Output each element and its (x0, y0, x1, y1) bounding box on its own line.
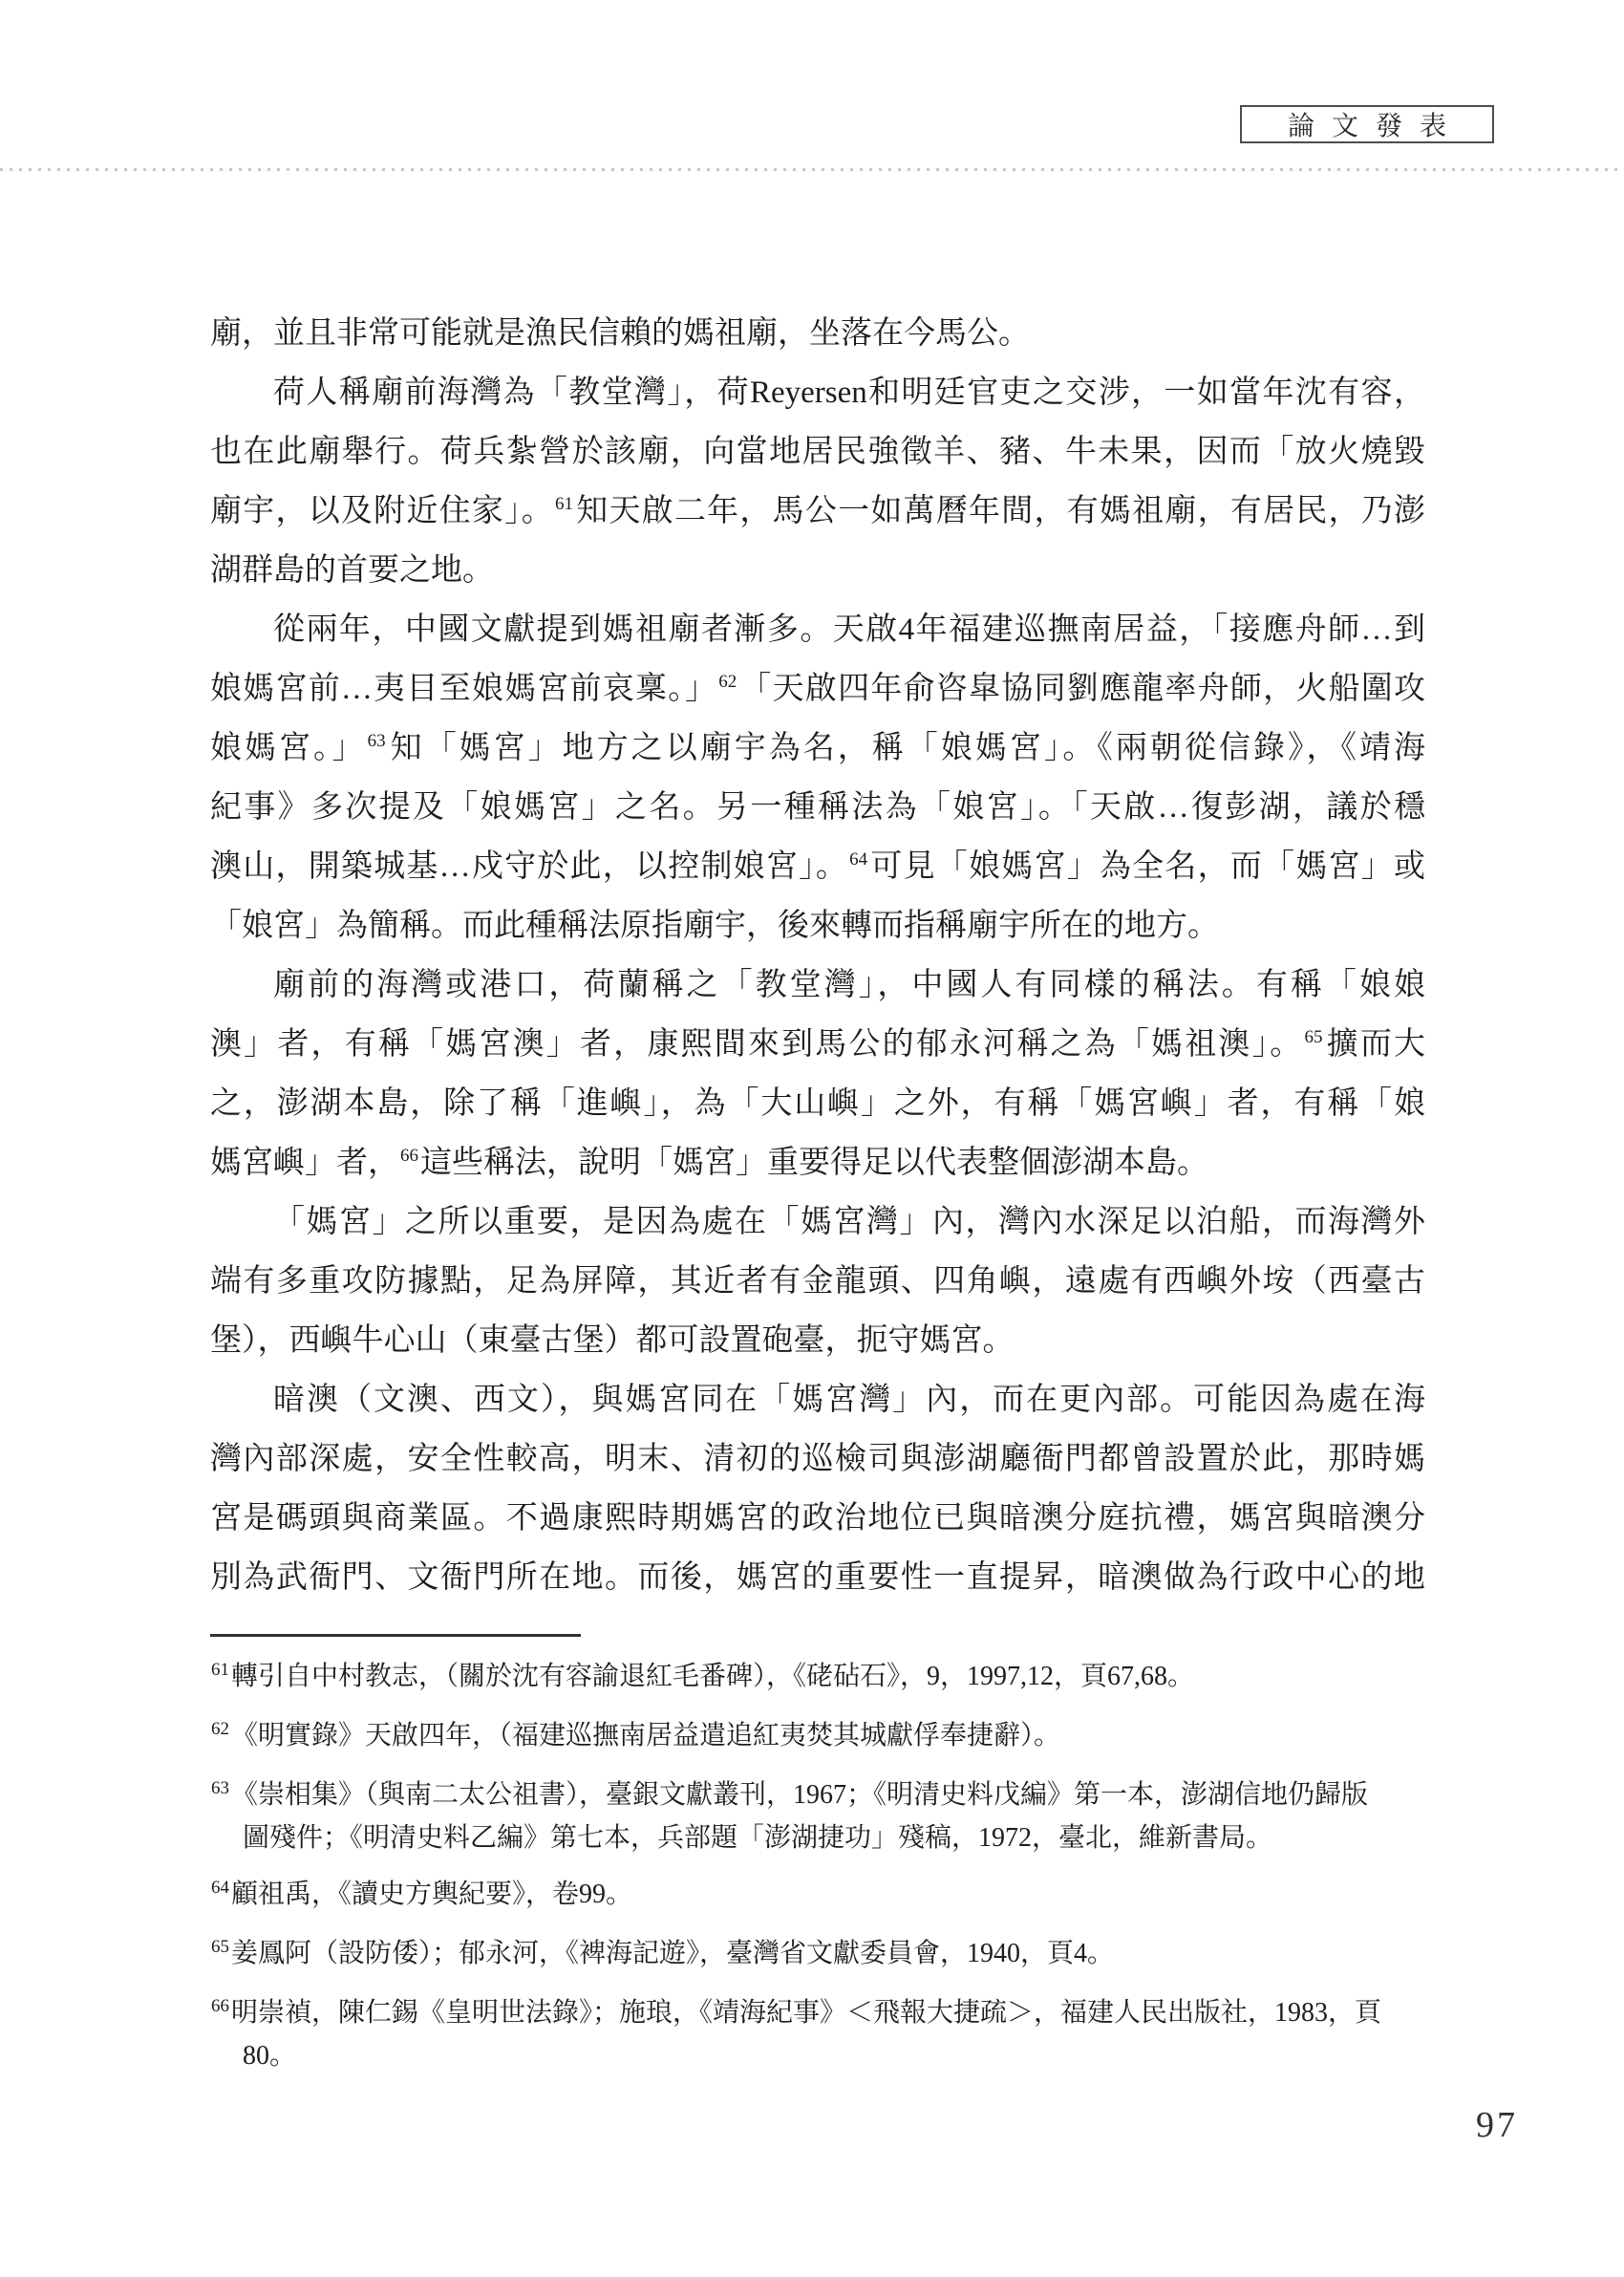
footnote: 64顧祖禹，《讀史方輿紀要》，卷99。 (210, 1875, 1425, 1918)
body-line-text: 之，澎湖本島，除了稱「進嶼」，為「大山嶼」之外，有稱「媽宮嶼」者，有稱「娘 (210, 1086, 1425, 1121)
body-line-text: 宮是碼頭與商業區。不過康熙時期媽宮的政治地位已與暗澳分庭抗禮，媽宮與暗澳分 (210, 1501, 1425, 1536)
footnote-number: 62 (211, 1719, 229, 1739)
body-line-text: 廟前的海灣或港口，荷蘭稱之「教堂灣」，中國人有同樣的稱法。有稱「娘娘 (273, 968, 1425, 1002)
body-line: 別為武衙門、文衙門所在地。而後，媽宮的重要性一直提昇，暗澳做為行政中心的地 (210, 1548, 1425, 1607)
body-line: 澳山，開築城基…戍守於此，以控制娘宮」。64可見「娘媽宮」為全名，而「媽宮」或 (210, 837, 1425, 896)
body-line: 堡），西嶼牛心山（東臺古堡）都可設置砲臺，扼守媽宮。 (210, 1311, 1425, 1370)
body-line-text: 娘媽宮。」 (210, 731, 367, 765)
body-line: 廟，並且非常可能就是漁民信賴的媽祖廟，坐落在今馬公。 (210, 304, 1425, 363)
body-line-text: 「媽宮」之所以重要，是因為處在「媽宮灣」內，灣內水深足以泊船，而海灣外 (273, 1205, 1425, 1239)
body-text: 廟，並且非常可能就是漁民信賴的媽祖廟，坐落在今馬公。荷人稱廟前海灣為「教堂灣」，… (210, 304, 1425, 1607)
page-number: 97 (1476, 2104, 1518, 2146)
body-line-text: 紀事》多次提及「娘媽宮」之名。另一種稱法為「娘宮」。「天啟…復彭湖，議於穩 (210, 790, 1425, 825)
body-line: 從兩年，中國文獻提到媽祖廟者漸多。天啟4年福建巡撫南居益，「接應舟師…到 (210, 600, 1425, 659)
body-line-text: 澳山，開築城基…戍守於此，以控制娘宮」。 (210, 849, 848, 884)
footnote-text: 明崇禎，陳仁錫《皇明世法錄》；施琅，《靖海紀事》＜飛報大捷疏＞，福建人民出版社，… (231, 1998, 1381, 2028)
footnote-number: 65 (211, 1937, 229, 1957)
footnotes: 61轉引自中村教志，（關於沈有容諭退紅毛番碑），《硓砧石》，9，1997,12，… (210, 1657, 1425, 2093)
body-line-text: 從兩年，中國文獻提到媽祖廟者漸多。天啟4年福建巡撫南居益，「接應舟師…到 (273, 612, 1425, 647)
body-line: 廟宇，以及附近住家」。61知天啟二年，馬公一如萬曆年間，有媽祖廟，有居民，乃澎 (210, 482, 1425, 541)
footnote-ref: 64 (849, 849, 867, 870)
body-line-text: 知「媽宮」地方之以廟宇為名，稱「娘媽宮」。《兩朝從信錄》，《靖海 (388, 731, 1425, 765)
body-line: 也在此廟舉行。荷兵紮營於該廟，向當地居民強徵羊、豬、牛未果，因而「放火燒毀 (210, 422, 1425, 482)
footnote-number: 64 (211, 1878, 229, 1898)
body-line-text: 灣內部深處，安全性較高，明末、清初的巡檢司與澎湖廳衙門都曾設置於此，那時媽 (210, 1442, 1425, 1476)
footnote-text: 姜鳳阿（設防倭）；郁永河，《裨海記遊》，臺灣省文獻委員會，1940，頁4。 (231, 1939, 1114, 1968)
footnote-ref: 61 (555, 494, 573, 514)
footnote-ref: 65 (1304, 1027, 1322, 1047)
header-section-label: 論文發表 (1271, 105, 1464, 143)
dotted-divider (0, 168, 1624, 171)
body-line: 荷人稱廟前海灣為「教堂灣」，荷Reyersen和明廷官吏之交涉，一如當年沈有容， (210, 363, 1425, 422)
body-line: 澳」者，有稱「媽宮澳」者，康熙間來到馬公的郁永河稱之為「媽祖澳」。65擴而大 (210, 1015, 1425, 1074)
footnote-text: 80。 (243, 2041, 296, 2071)
body-line-text: 這些稱法，說明「媽宮」重要得足以代表整個澎湖本島。 (420, 1146, 1208, 1180)
body-line: 湖群島的首要之地。 (210, 541, 1425, 600)
body-line-text: 知天啟二年，馬公一如萬曆年間，有媽祖廟，有居民，乃澎 (575, 494, 1425, 528)
footnote-text: 轉引自中村教志，（關於沈有容諭退紅毛番碑），《硓砧石》，9，1997,12，頁6… (231, 1662, 1194, 1691)
footnote-text: 《崇相集》（與南二太公祖書），臺銀文獻叢刊，1967；《明清史料戊編》第一本，澎… (231, 1780, 1368, 1810)
document-page: 論文發表 廟，並且非常可能就是漁民信賴的媽祖廟，坐落在今馬公。荷人稱廟前海灣為「… (0, 0, 1624, 2277)
body-line: 之，澎湖本島，除了稱「進嶼」，為「大山嶼」之外，有稱「媽宮嶼」者，有稱「娘 (210, 1074, 1425, 1133)
body-line: 宮是碼頭與商業區。不過康熙時期媽宮的政治地位已與暗澳分庭抗禮，媽宮與暗澳分 (210, 1489, 1425, 1548)
body-line-text: 「娘宮」為簡稱。而此種稱法原指廟宇，後來轉而指稱廟宇所在的地方。 (210, 909, 1219, 943)
body-line-text: 可見「娘媽宮」為全名，而「媽宮」或 (869, 849, 1425, 884)
footnote: 61轉引自中村教志，（關於沈有容諭退紅毛番碑），《硓砧石》，9，1997,12，… (210, 1657, 1425, 1700)
footnote: 63《崇相集》（與南二太公祖書），臺銀文獻叢刊，1967；《明清史料戊編》第一本… (210, 1775, 1425, 1858)
body-line-text: 也在此廟舉行。荷兵紮營於該廟，向當地居民強徵羊、豬、牛未果，因而「放火燒毀 (210, 435, 1425, 469)
footnote-number: 66 (211, 1996, 229, 2016)
footnote-ref: 63 (368, 731, 386, 751)
footnote: 65姜鳳阿（設防倭）；郁永河，《裨海記遊》，臺灣省文獻委員會，1940，頁4。 (210, 1934, 1425, 1977)
body-line-text: 廟宇，以及附近住家」。 (210, 494, 554, 528)
footnote-number: 61 (211, 1660, 229, 1680)
footnote-number: 63 (211, 1778, 229, 1798)
body-line-text: 娘媽宮前…夷目至娘媽宮前哀稟。」 (210, 672, 717, 706)
body-line: 「媽宮」之所以重要，是因為處在「媽宮灣」內，灣內水深足以泊船，而海灣外 (210, 1192, 1425, 1252)
body-line-text: 端有多重攻防據點，足為屏障，其近者有金龍頭、四角嶼，遠處有西嶼外垵（西臺古 (210, 1264, 1425, 1299)
footnote-text: 顧祖禹，《讀史方輿紀要》，卷99。 (231, 1880, 632, 1909)
footnote-separator (210, 1634, 581, 1637)
footnote-text: 圖殘件；《明清史料乙編》第七本，兵部題「澎湖捷功」殘稿，1972，臺北，維新書局… (243, 1823, 1272, 1853)
body-line: 灣內部深處，安全性較高，明末、清初的巡檢司與澎湖廳衙門都曾設置於此，那時媽 (210, 1429, 1425, 1489)
body-line: 媽宮嶼」者，66這些稱法，說明「媽宮」重要得足以代表整個澎湖本島。 (210, 1133, 1425, 1192)
footnote-ref: 66 (400, 1146, 418, 1166)
body-line: 「娘宮」為簡稱。而此種稱法原指廟宇，後來轉而指稱廟宇所在的地方。 (210, 896, 1425, 956)
body-line-text: 擴而大 (1324, 1027, 1425, 1062)
body-line-text: 別為武衙門、文衙門所在地。而後，媽宮的重要性一直提昇，暗澳做為行政中心的地 (210, 1560, 1425, 1595)
body-line-text: 「天啟四年俞咨皐協同劉應龍率舟師，火船圍攻 (738, 672, 1425, 706)
header-section-box: 論文發表 (1240, 105, 1494, 143)
body-line-text: 澳」者，有稱「媽宮澳」者，康熙間來到馬公的郁永河稱之為「媽祖澳」。 (210, 1027, 1303, 1062)
footnote: 66明崇禎，陳仁錫《皇明世法錄》；施琅，《靖海紀事》＜飛報大捷疏＞，福建人民出版… (210, 1993, 1425, 2076)
body-line-text: 堡），西嶼牛心山（東臺古堡）都可設置砲臺，扼守媽宮。 (210, 1323, 1015, 1358)
body-line-text: 暗澳（文澳、西文），與媽宮同在「媽宮灣」內，而在更內部。可能因為處在海 (273, 1383, 1425, 1417)
body-line: 娘媽宮前…夷目至娘媽宮前哀稟。」62「天啟四年俞咨皐協同劉應龍率舟師，火船圍攻 (210, 659, 1425, 719)
footnote-ref: 62 (718, 672, 737, 692)
footnote-text: 《明實錄》天啟四年，（福建巡撫南居益遣追紅夷焚其城獻俘奉捷辭）。 (231, 1721, 1060, 1751)
body-line-text: 湖群島的首要之地。 (210, 553, 494, 588)
body-line-text: 媽宮嶼」者， (210, 1146, 399, 1180)
body-line: 暗澳（文澳、西文），與媽宮同在「媽宮灣」內，而在更內部。可能因為處在海 (210, 1370, 1425, 1429)
footnote: 62《明實錄》天啟四年，（福建巡撫南居益遣追紅夷焚其城獻俘奉捷辭）。 (210, 1716, 1425, 1759)
body-line: 端有多重攻防據點，足為屏障，其近者有金龍頭、四角嶼，遠處有西嶼外垵（西臺古 (210, 1252, 1425, 1311)
body-line-text: 荷人稱廟前海灣為「教堂灣」，荷Reyersen和明廷官吏之交涉，一如當年沈有容， (273, 376, 1425, 410)
body-line: 紀事》多次提及「娘媽宮」之名。另一種稱法為「娘宮」。「天啟…復彭湖，議於穩 (210, 778, 1425, 837)
body-line: 廟前的海灣或港口，荷蘭稱之「教堂灣」，中國人有同樣的稱法。有稱「娘娘 (210, 956, 1425, 1015)
body-line-text: 廟，並且非常可能就是漁民信賴的媽祖廟，坐落在今馬公。 (210, 316, 1030, 351)
body-line: 娘媽宮。」63知「媽宮」地方之以廟宇為名，稱「娘媽宮」。《兩朝從信錄》，《靖海 (210, 719, 1425, 778)
